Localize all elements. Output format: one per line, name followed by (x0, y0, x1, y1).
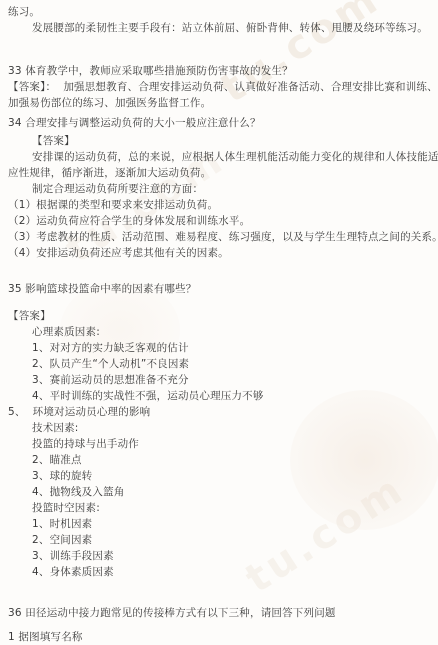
text-line: 4、抛物线及入篮角 (0, 484, 438, 500)
text-line: 1、时机因素 (0, 516, 438, 532)
text-line: 应性规律，循序渐进，逐渐加大运动负荷。 (0, 165, 438, 181)
document-text: 练习。发展腰部的柔韧性主要手段有：站立体前屈、俯卧背伸、转体、甩腰及绕环等练习。… (0, 4, 438, 645)
text-line: 35 影响篮球投篮命中率的因素有哪些？ (0, 281, 438, 297)
text-line: 加强易伤部位的练习、加强医务监督工作。 (0, 95, 438, 111)
text-line: 3、赛前运动员的思想准备不充分 (0, 372, 438, 388)
text-line: 【答案】 (0, 133, 438, 149)
text-line: 2、空间因素 (0, 532, 438, 548)
text-line: 33 体育教学中，教师应采取哪些措施预防伤害事故的发生？ (0, 63, 438, 79)
text-line: （4）安排运动负荷还应考虑其他有关的因素。 (0, 245, 438, 261)
text-line: 发展腰部的柔韧性主要手段有：站立体前屈、俯卧背伸、转体、甩腰及绕环等练习。 (0, 20, 438, 36)
text-line: 36 田径运动中接力跑常见的传接棒方式有以下三种，请回答下列问题 (0, 605, 438, 621)
text-line: 【答案】 (0, 308, 438, 324)
text-line: 2、瞄准点 (0, 452, 438, 468)
text-line: 投篮的持球与出手动作 (0, 436, 438, 452)
text-line: 1、对对方的实力缺乏客观的估计 (0, 340, 438, 356)
text-line: 4、平时训练的实战性不强，运动员心理压力不够 (0, 388, 438, 404)
text-line: 34 合理安排与调整运动负荷的大小一般应注意什么？ (0, 115, 438, 131)
text-line: 制定合理运动负荷所要注意的方面： (0, 181, 438, 197)
text-line: 3、训练手段因素 (0, 548, 438, 564)
text-line: 【答案】： 加强思想教育、合理安排运动负荷、认真做好准备活动、合理安排比赛和训练… (0, 79, 438, 95)
text-line: （1）根据课的类型和要求来安排运动负荷。 (0, 197, 438, 213)
text-line: 技术因素: (0, 420, 438, 436)
document-page: tu.com tu.com tu.com 练习。发展腰部的柔韧性主要手段有：站立… (0, 0, 438, 645)
text-line: 3、球的旋转 (0, 468, 438, 484)
text-line: 心理素质因素: (0, 324, 438, 340)
text-line: （2）运动负荷应符合学生的身体发展和训练水平。 (0, 213, 438, 229)
text-line: 投篮时空因素: (0, 500, 438, 516)
text-line: 2、队员产生“个人动机”不良因素 (0, 356, 438, 372)
text-line: 1 据图填写名称 (0, 629, 438, 645)
text-line: 5、 环境对运动员心理的影响 (0, 404, 438, 420)
text-line: 练习。 (0, 4, 438, 20)
text-line: （3）考虑教材的性质、活动范围、难易程度、练习强度，以及与学生生理特点之间的关系… (0, 229, 438, 245)
text-line: 4、身体素质因素 (0, 564, 438, 580)
text-line: 安排课的运动负荷，总的来说，应根据人体生理机能活动能力变化的规律和人体技能适 (0, 149, 438, 165)
